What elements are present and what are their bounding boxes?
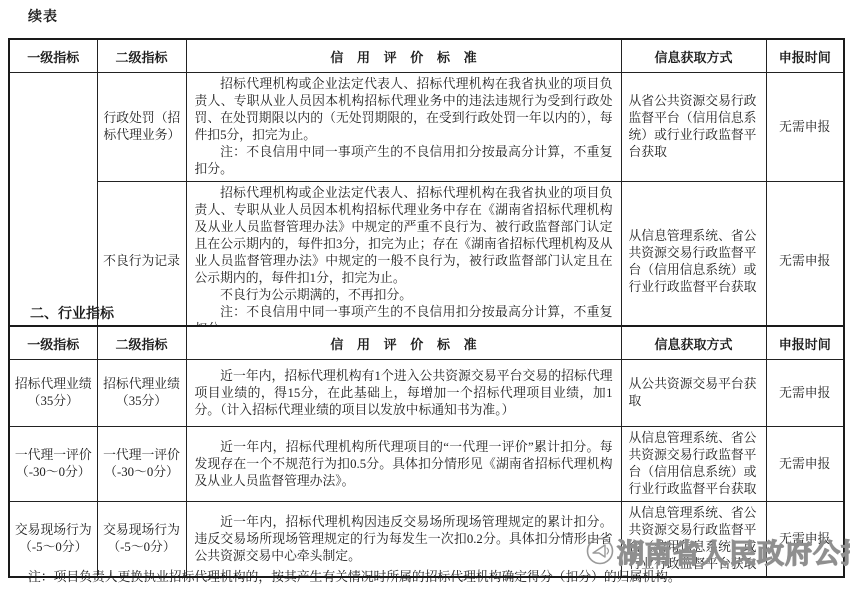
table2-header-row: 一级指标 二级指标 信用评价标准 信息获取方式 申报时间 xyxy=(9,326,844,360)
table1-header-report-time: 申报时间 xyxy=(766,39,844,73)
standard-paragraph: 近一年内，招标代理机构有1个进入公共资源交易平台交易的招标代理项目业绩的，得15… xyxy=(195,368,613,419)
standard-paragraph: 不良行为公示期满的，不再扣分。 xyxy=(195,287,613,304)
credit-table-continued: 一级指标 二级指标 信用评价标准 信息获取方式 申报时间 行政处罚（招标代理业务… xyxy=(8,38,845,343)
table1-standard-cell: 招标代理机构或企业法定代表人、招标代理机构在我省执业的项目负责人、专职从业人员因… xyxy=(186,182,621,343)
table2-level2-cell: 一代理一评价 （-30～0分） xyxy=(97,427,186,502)
industry-indicator-table: 一级指标 二级指标 信用评价标准 信息获取方式 申报时间 招标代理业绩 （35分… xyxy=(8,325,845,578)
table2-standard-cell: 近一年内，招标代理机构有1个进入公共资源交易平台交易的招标代理项目业绩的，得15… xyxy=(186,360,621,427)
table1-row-admin-penalty: 行政处罚（招标代理业务） 招标代理机构或企业法定代表人、招标代理机构在我省执业的… xyxy=(9,73,844,182)
table2-row-agency-performance: 招标代理业绩 （35分） 招标代理业绩 （35分） 近一年内，招标代理机构有1个… xyxy=(9,360,844,427)
table1-report-time-cell: 无需申报 xyxy=(766,73,844,182)
table-footnote: 注：项目负责人更换执业招标代理机构的，按其产生有关情况时所属的招标代理机构确定得… xyxy=(28,566,828,585)
table1-header-level1: 一级指标 xyxy=(9,39,97,73)
table2-standard-cell: 近一年内，招标代理机构所代理项目的“一代理一评价”累计扣分。每发现存在一个不规范… xyxy=(186,427,621,502)
table1-standard-cell: 招标代理机构或企业法定代表人、招标代理机构在我省执业的项目负责人、专职从业人员因… xyxy=(186,73,621,182)
table2-source-cell: 从公共资源交易平台获取 xyxy=(621,360,766,427)
table2-level2-cell: 招标代理业绩 （35分） xyxy=(97,360,186,427)
table2-level1-cell: 招标代理业绩 （35分） xyxy=(9,360,97,427)
standard-paragraph: 近一年内，招标代理机构因违反交易场所现场管理规定的累计扣分。违反交易场所现场管理… xyxy=(195,514,613,565)
table1-source-cell: 从信息管理系统、省公共资源交易行政监督平台（信用信息系统）或行业行政监督平台获取 xyxy=(621,182,766,343)
table1-header-standard: 信用评价标准 xyxy=(186,39,621,73)
table1-header-source: 信息获取方式 xyxy=(621,39,766,73)
table2-header-level2: 二级指标 xyxy=(97,326,186,360)
continued-table-label: 续表 xyxy=(28,6,58,26)
standard-paragraph: 招标代理机构或企业法定代表人、招标代理机构在我省执业的项目负责人、专职从业人员因… xyxy=(195,185,613,287)
standard-note: 注：不良信用中同一事项产生的不良信用扣分按最高分计算，不重复扣分。 xyxy=(195,144,613,178)
document-page: 续表 一级指标 二级指标 信用评价标准 信息获取方式 申报时间 行政处罚（招标代… xyxy=(0,0,850,590)
table2-header-standard: 信用评价标准 xyxy=(186,326,621,360)
table2-report-time-cell: 无需申报 xyxy=(766,360,844,427)
standard-paragraph: 近一年内，招标代理机构所代理项目的“一代理一评价”累计扣分。每发现存在一个不规范… xyxy=(195,439,613,490)
table2-header-report-time: 申报时间 xyxy=(766,326,844,360)
table2-header-source: 信息获取方式 xyxy=(621,326,766,360)
table1-report-time-cell: 无需申报 xyxy=(766,182,844,343)
table2-source-cell: 从信息管理系统、省公共资源交易行政监督平台（信用信息系统）或行业行政监督平台获取 xyxy=(621,427,766,502)
table1-header-row: 一级指标 二级指标 信用评价标准 信息获取方式 申报时间 xyxy=(9,39,844,73)
table2-level1-cell: 一代理一评价 （-30～0分） xyxy=(9,427,97,502)
table1-row-bad-behavior: 不良行为记录 招标代理机构或企业法定代表人、招标代理机构在我省执业的项目负责人、… xyxy=(9,182,844,343)
table2-header-level1: 一级指标 xyxy=(9,326,97,360)
table1-level1-cell xyxy=(9,73,97,343)
table1-header-level2: 二级指标 xyxy=(97,39,186,73)
standard-paragraph: 招标代理机构或企业法定代表人、招标代理机构在我省执业的项目负责人、专职从业人员因… xyxy=(195,76,613,144)
table2-row-one-agency-one-eval: 一代理一评价 （-30～0分） 一代理一评价 （-30～0分） 近一年内，招标代… xyxy=(9,427,844,502)
table1-source-cell: 从省公共资源交易行政监督平台（信用信息系统）或行业行政监督平台获取 xyxy=(621,73,766,182)
section-title-industry-indicators: 二、行业指标 xyxy=(30,303,114,323)
table2-report-time-cell: 无需申报 xyxy=(766,427,844,502)
table1-level2-cell: 行政处罚（招标代理业务） xyxy=(97,73,186,182)
